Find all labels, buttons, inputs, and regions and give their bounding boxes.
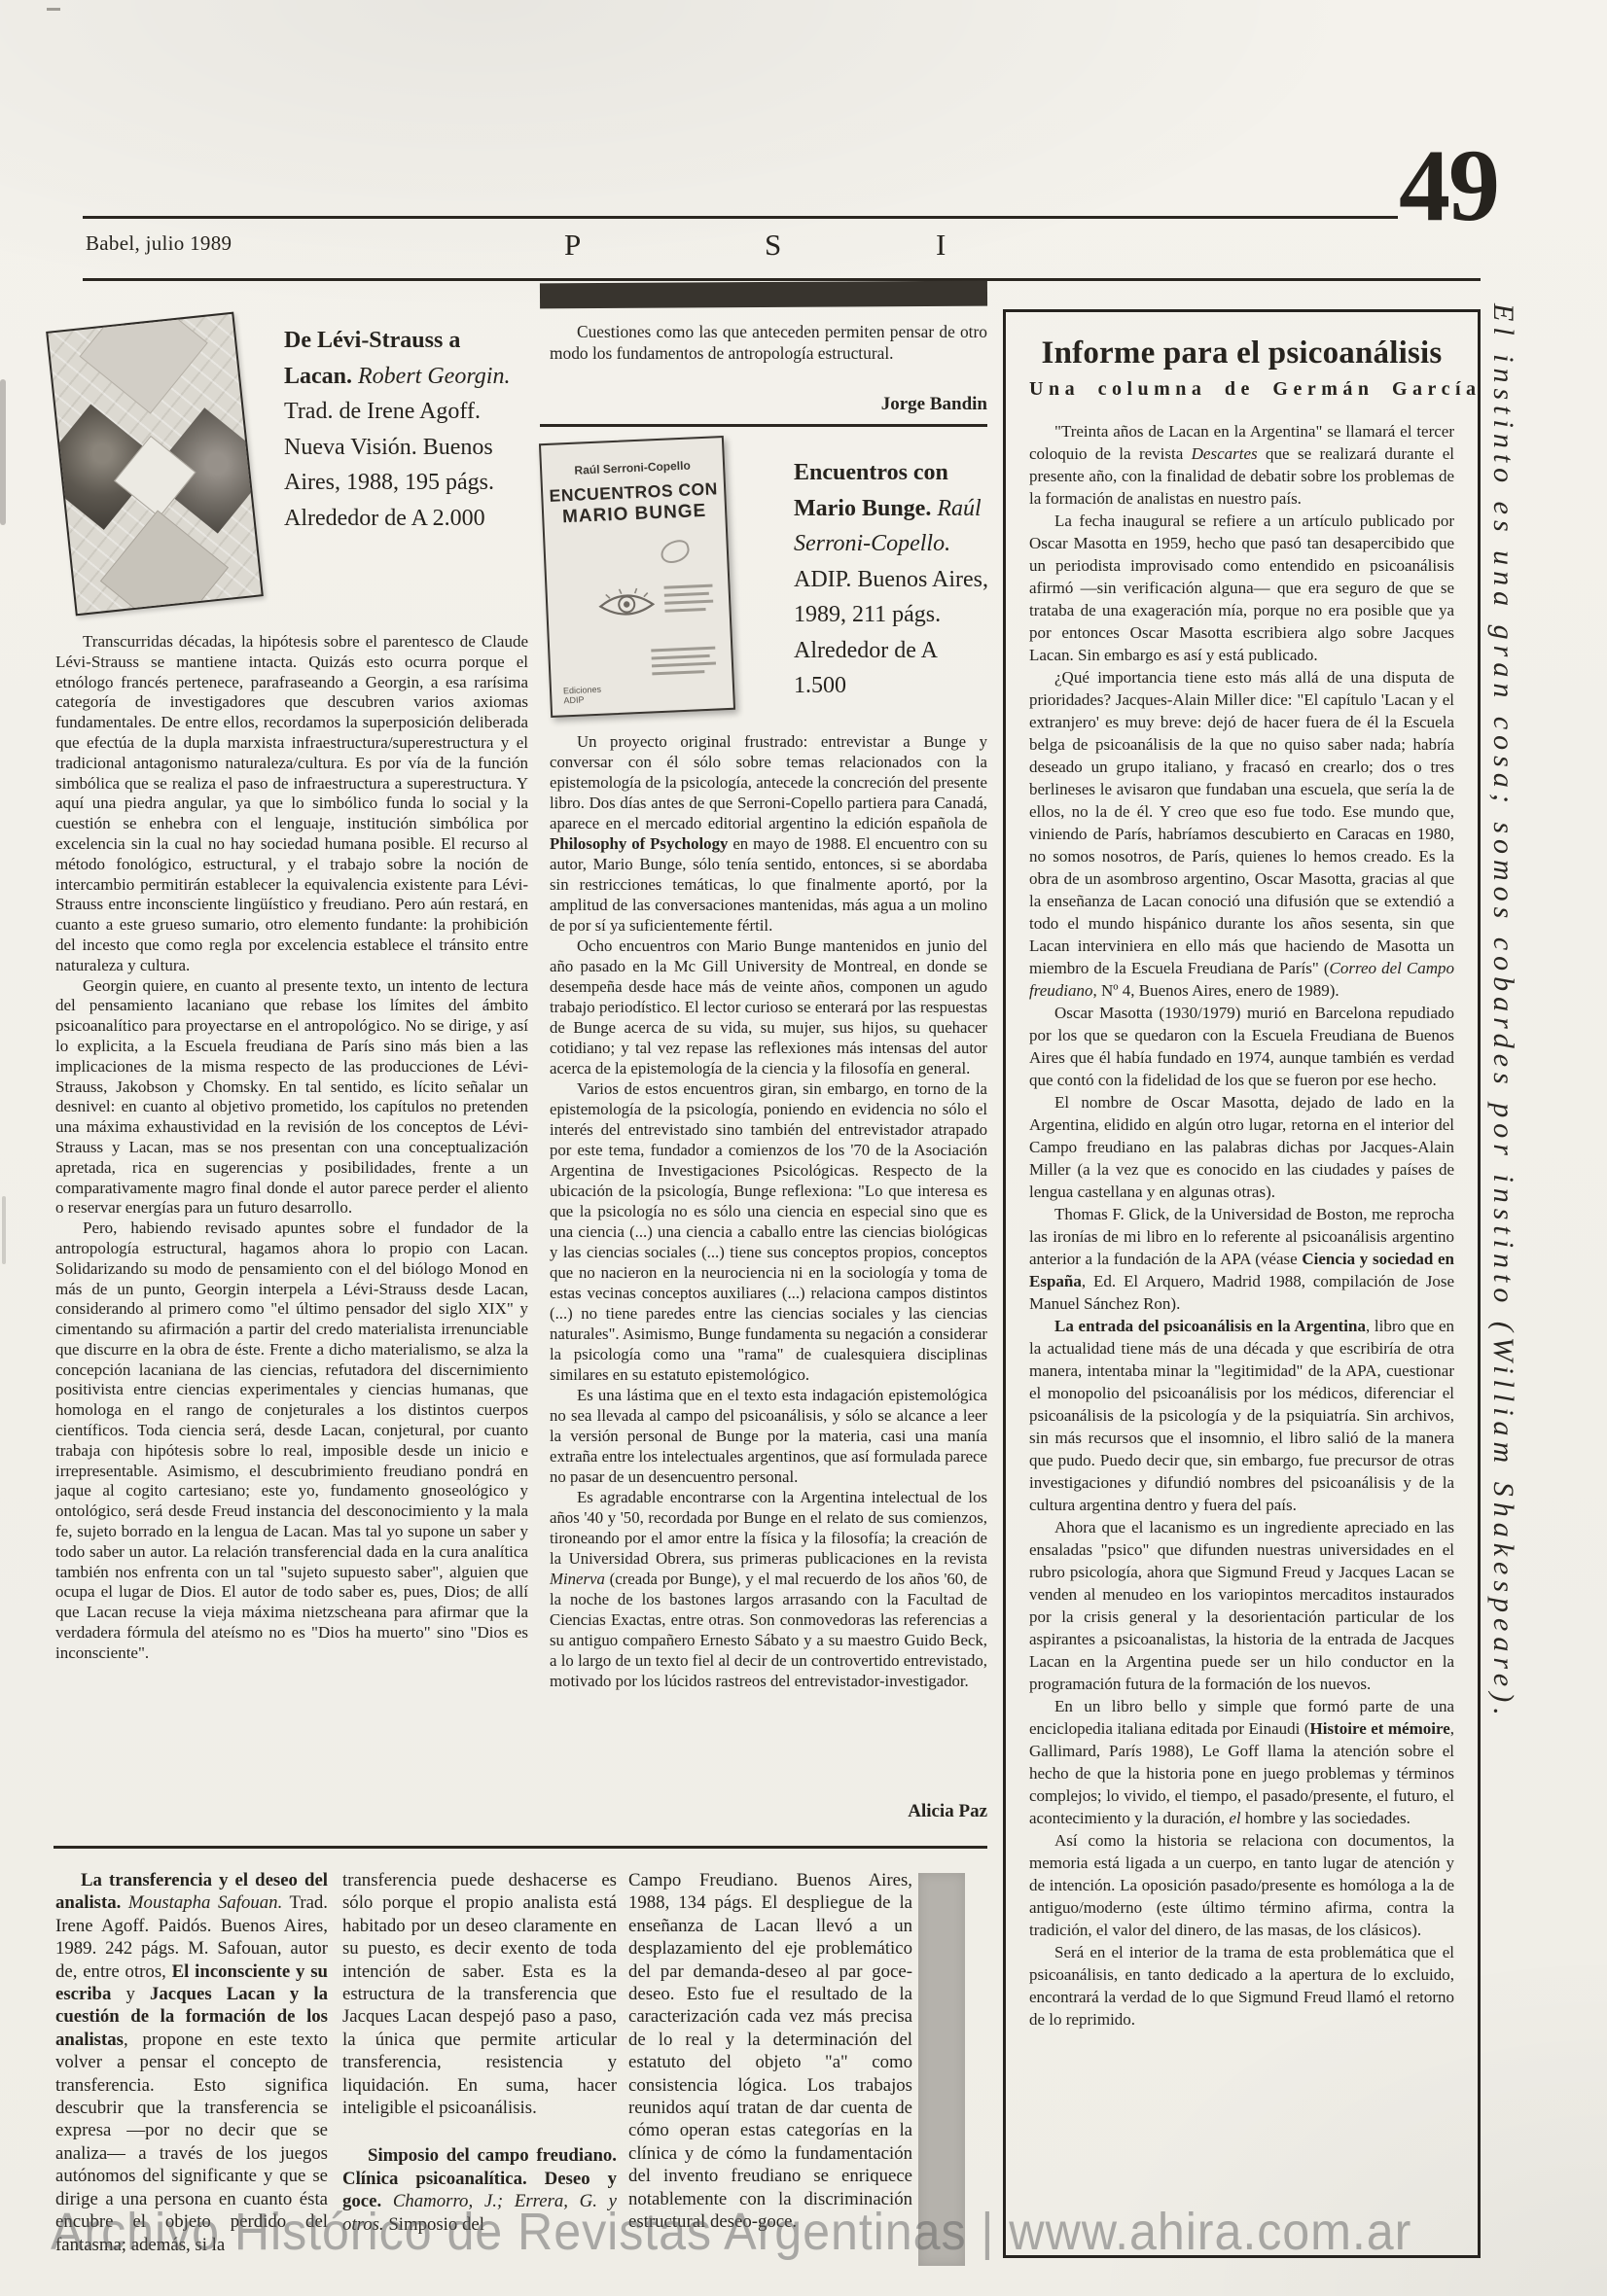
header-rule-bottom xyxy=(83,278,1481,281)
byline-alicia-paz: Alicia Paz xyxy=(832,1801,987,1822)
informe-paragraph: Oscar Masotta (1930/1979) murió en Barce… xyxy=(1029,1002,1454,1091)
informe-paragraph: El nombre de Oscar Masotta, dejado de la… xyxy=(1029,1091,1454,1203)
cover-text-line xyxy=(652,670,704,675)
article-encuentros-con-bunge: Un proyecto original frustrado: entrevis… xyxy=(550,731,987,1691)
cover-publisher: Ediciones ADIP xyxy=(563,684,615,705)
cover-text-line xyxy=(664,592,709,597)
section-divider-rule xyxy=(54,1846,987,1849)
review-simposio: Simposio del campo freudiano. Clínica ps… xyxy=(342,2144,617,2236)
book-cover-bunge: Raúl Serroni-Copello ENCUENTROS CON MARI… xyxy=(539,436,735,718)
review-caption-georgin: De Lévi-Strauss a Lacan. Robert Georgin.… xyxy=(284,323,529,536)
review-paragraph: transferencia puede deshacerse es sólo p… xyxy=(342,1869,617,2119)
informe-paragraph: "Treinta años de Lacan en la Argentina" … xyxy=(1029,420,1454,510)
review-column-2: transferencia puede deshacerse es sólo p… xyxy=(342,1869,617,2236)
scan-mark xyxy=(47,8,60,11)
scan-edge-mark xyxy=(0,379,6,525)
book-cover-georgin xyxy=(46,312,264,617)
scan-gray-bar xyxy=(918,1873,965,2266)
article-levi-strauss-a-lacan: Transcurridas décadas, la hipótesis sobr… xyxy=(55,632,528,1664)
scan-edge-mark xyxy=(2,1196,6,1264)
informe-paragraph: ¿Qué importancia tiene esto más allá de … xyxy=(1029,666,1454,1002)
review-paragraph: La transferencia y el deseo del analista… xyxy=(55,1869,328,2256)
article-paragraph: Es una lástima que en el texto esta inda… xyxy=(550,1385,987,1487)
review-caption-bunge: Encuentros con Mario Bunge. Raúl Serroni… xyxy=(794,455,990,704)
page-number: 49 xyxy=(1399,134,1498,237)
informe-paragraph: En un libro bello y simple que formó par… xyxy=(1029,1695,1454,1829)
informe-paragraph: La fecha inaugural se refiere a un artíc… xyxy=(1029,510,1454,666)
cover-text-line xyxy=(663,584,712,589)
masthead: Babel, julio 1989 xyxy=(86,231,232,256)
cover-text-line xyxy=(652,662,716,667)
article-paragraph: Es agradable encontrarse con la Argentin… xyxy=(550,1487,987,1691)
review-paragraph: Campo Freudiano. Buenos Aires, 1988, 134… xyxy=(628,1869,912,2234)
informe-subtitle: Una columna de Germán García xyxy=(1029,378,1454,401)
review-column-3: Campo Freudiano. Buenos Aires, 1988, 134… xyxy=(628,1869,912,2234)
article-paragraph: Georgin quiere, en cuanto al presente te… xyxy=(55,976,528,1219)
cover-text-line xyxy=(652,654,710,659)
cover-author: Raúl Serroni-Copello xyxy=(542,457,723,478)
informe-paragraph: Así como la historia se relaciona con do… xyxy=(1029,1829,1454,1941)
cover-text-line xyxy=(651,647,715,652)
section-banner xyxy=(540,281,987,309)
cover-text-line xyxy=(664,600,713,605)
section-letter-s: S xyxy=(765,228,781,263)
article-paragraph: Pero, habiendo revisado apuntes sobre el… xyxy=(55,1219,528,1664)
byline-jorge-bandin: Jorge Bandin xyxy=(832,394,987,415)
informe-paragraph: Ahora que el lacanismo es un ingrediente… xyxy=(1029,1516,1454,1695)
header-rule-top xyxy=(83,216,1398,219)
informe-paragraph: Thomas F. Glick, de la Universidad de Bo… xyxy=(1029,1203,1454,1315)
margin-quote: El instinto es una gran cosa; somos coba… xyxy=(1486,303,1519,2258)
intro-paragraph: Cuestiones como las que anteceden permit… xyxy=(550,321,987,364)
informe-paragraph: La entrada del psicoanálisis en la Argen… xyxy=(1029,1315,1454,1516)
section-letter-p: P xyxy=(564,228,581,263)
section-letter-i: I xyxy=(936,228,946,263)
cover-text-line xyxy=(665,608,706,612)
informe-body: "Treinta años de Lacan en la Argentina" … xyxy=(1029,420,1454,2031)
informe-box: Informe para el psicoanálisis Una column… xyxy=(1003,309,1481,2258)
review-safouan: La transferencia y el deseo del analista… xyxy=(55,1869,328,2256)
cover-diamond-light xyxy=(80,312,208,414)
article-paragraph: Transcurridas décadas, la hipótesis sobr… xyxy=(55,632,528,976)
magazine-page: Babel, julio 1989 P S I 49 De Lévi-Strau… xyxy=(0,0,1607,2296)
article-paragraph: Un proyecto original frustrado: entrevis… xyxy=(550,731,987,936)
article-paragraph: Varios de estos encuentros giran, sin em… xyxy=(550,1078,987,1385)
informe-title: Informe para el psicoanálisis xyxy=(1029,336,1454,371)
cover-doodle-icon xyxy=(659,538,693,566)
column-rule xyxy=(540,424,987,427)
informe-paragraph: Será en el interior de la trama de esta … xyxy=(1029,1941,1454,2031)
article-paragraph: Ocho encuentros con Mario Bunge mantenid… xyxy=(550,936,987,1078)
